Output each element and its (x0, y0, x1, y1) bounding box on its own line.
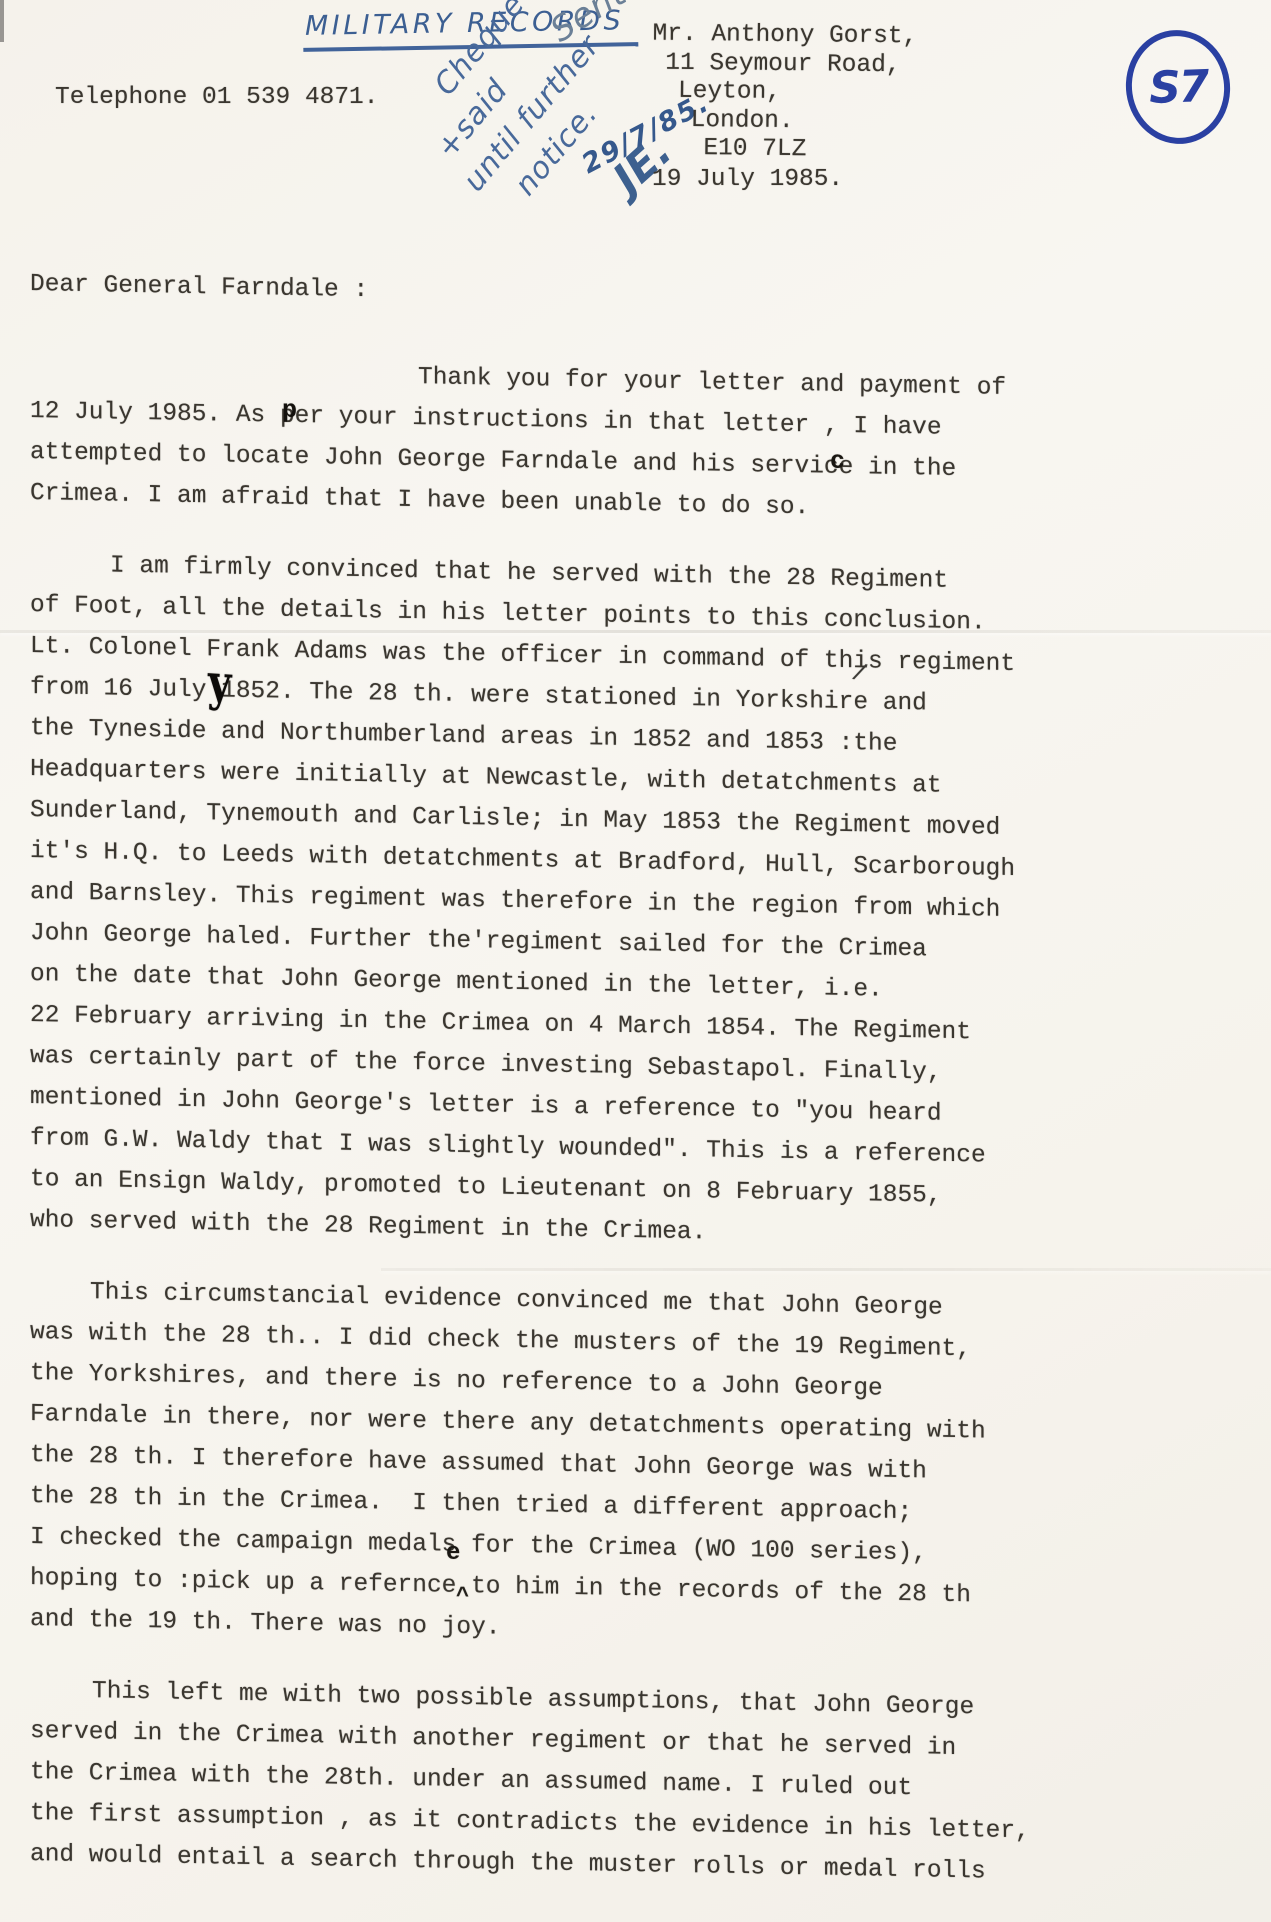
telephone-line: Telephone 01 539 4871. (55, 84, 378, 111)
scan-edge-artifact (0, 0, 4, 42)
recipient-line: Leyton, (652, 78, 917, 109)
letter-date: 19 July 1985. (652, 166, 843, 193)
paragraph-2: I am firmly convinced that he served wit… (30, 544, 1180, 1262)
paragraph-4: This left me with two possible assumptio… (30, 1670, 1180, 1896)
typed-overstrike-p: p (282, 396, 297, 425)
scanned-letter-page: MILITARY RECORDS Sent Cheque NFA+saidunt… (0, 0, 1271, 1922)
paragraph-1: Thank you for your letter and payment of… (30, 350, 1180, 535)
salutation: Dear General Farndale : (30, 264, 1180, 326)
recipient-line: 11 Seymour Road, (652, 49, 917, 80)
handwritten-insert-e: e (446, 1540, 460, 1567)
typed-overstrike-c: c (830, 447, 845, 476)
recipient-line: Mr. Anthony Gorst, (652, 21, 917, 52)
paragraphs: Thank you for your letter and payment of… (30, 350, 1180, 1896)
recipient-line: London. (652, 106, 917, 137)
letter-body: Dear General Farndale : Thank you for yo… (30, 264, 1180, 1896)
circled-number-annotation: S7 (1119, 23, 1238, 150)
ink-overstrike-y: y (207, 653, 232, 713)
circled-number: S7 (1148, 60, 1208, 113)
recipient-line: E10 7LZ (651, 135, 916, 166)
insert-caret-mark: ^ (456, 1584, 469, 1609)
recipient-address: Mr. Anthony Gorst,11 Seymour Road,Leyton… (651, 21, 917, 166)
paragraph-3: This circumstancial evidence convinced m… (30, 1271, 1180, 1661)
